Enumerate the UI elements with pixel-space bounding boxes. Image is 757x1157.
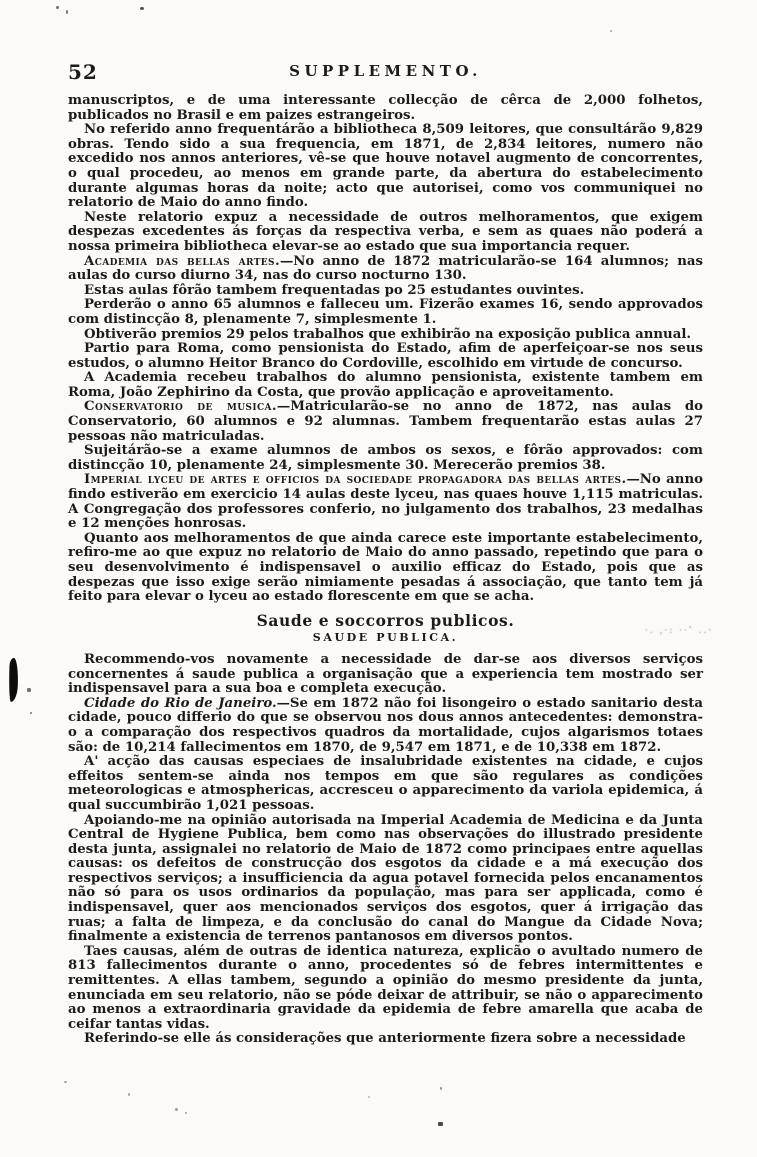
paragraph: No referido anno frequentárão a biblioth… bbox=[68, 123, 703, 211]
paragraph: Sujeitárão-se a exame alumnos de ambos o… bbox=[68, 444, 703, 473]
scan-speck bbox=[66, 10, 68, 14]
paragraph-text: A' acção das causas especiaes de insalub… bbox=[68, 754, 703, 813]
paragraph: Partio para Roma, como pensionista do Es… bbox=[68, 342, 703, 371]
section-heading: Saude e soccorros publicos. bbox=[68, 614, 703, 629]
paragraph: Estas aulas fôrão tambem frequentadas po… bbox=[68, 284, 703, 299]
scan-speck bbox=[438, 1122, 443, 1126]
paragraph: Imperial lyceu de artes e officios da so… bbox=[68, 473, 703, 531]
paragraph: A Academia recebeu trabalhos do alumno p… bbox=[68, 371, 703, 400]
scan-speck bbox=[610, 30, 612, 32]
paragraph-text: Perderão o anno 65 alumnos e falleceu um… bbox=[68, 297, 703, 327]
paragraph-text: A Academia recebeu trabalhos do alumno p… bbox=[68, 370, 703, 400]
paragraph: Quanto aos melhoramentos de que ainda ca… bbox=[68, 532, 703, 605]
paragraph: Recommendo-vos novamente a necessidade d… bbox=[68, 653, 703, 697]
paragraph: Perderão o anno 65 alumnos e falleceu um… bbox=[68, 298, 703, 327]
paragraph-text: Estas aulas fôrão tambem frequentadas po… bbox=[84, 283, 584, 298]
scan-speck bbox=[368, 1096, 370, 1098]
scan-speck bbox=[140, 7, 144, 10]
paragraph-lead: Academia das bellas artes. bbox=[84, 254, 280, 269]
paragraph: Conservatorio de musica.—Matricularão-se… bbox=[68, 400, 703, 444]
scan-speck bbox=[56, 6, 59, 9]
running-title: SUPPLEMENTO. bbox=[68, 62, 703, 80]
page-header: 52 SUPPLEMENTO. bbox=[68, 60, 703, 86]
paragraph-text: Taes causas, além de outras de identica … bbox=[68, 944, 703, 1032]
section-subheading: SAUDE PUBLICA. bbox=[68, 631, 703, 646]
paragraph: Taes causas, além de outras de identica … bbox=[68, 945, 703, 1033]
paragraph: Neste relatorio expuz a necessidade de o… bbox=[68, 211, 703, 255]
paragraph: Cidade do Rio de Janeiro.—Se em 1872 não… bbox=[68, 697, 703, 755]
paragraph-text: Sujeitárão-se a exame alumnos de ambos o… bbox=[68, 443, 703, 473]
scan-speck bbox=[64, 1081, 67, 1083]
scanned-document-page: 52 SUPPLEMENTO. manuscriptos, e de uma i… bbox=[0, 0, 757, 1157]
paragraph: manuscriptos, e de uma interessante coll… bbox=[68, 94, 703, 123]
paragraph-text: Neste relatorio expuz a necessidade de o… bbox=[68, 210, 703, 254]
paragraph-text: Referindo-se elle ás considerações que a… bbox=[84, 1031, 686, 1046]
scan-speck bbox=[185, 1112, 187, 1114]
scan-speck bbox=[128, 1093, 130, 1096]
scan-speck bbox=[175, 1108, 178, 1111]
paragraph-text: Partio para Roma, como pensionista do Es… bbox=[68, 341, 703, 371]
paragraph-text: Quanto aos melhoramentos de que ainda ca… bbox=[68, 531, 703, 604]
scan-speck bbox=[27, 688, 31, 692]
paragraph: Apoiando-me na opinião autorisada na Imp… bbox=[68, 814, 703, 945]
paragraph: Referindo-se elle ás considerações que a… bbox=[68, 1032, 703, 1047]
paragraph-lead: Conservatorio de musica. bbox=[84, 399, 277, 414]
paragraph: Academia das bellas artes.—No anno de 18… bbox=[68, 255, 703, 284]
paragraph: Obtiverão premios 29 pelos trabalhos que… bbox=[68, 328, 703, 343]
paragraph-text: manuscriptos, e de uma interessante coll… bbox=[68, 93, 703, 123]
paragraph-lead: Imperial lyceu de artes e officios da so… bbox=[84, 472, 626, 487]
paragraph-text: Apoiando-me na opinião autorisada na Imp… bbox=[68, 813, 703, 945]
ink-blot-artifact bbox=[8, 658, 19, 702]
paragraph-text: No referido anno frequentárão a biblioth… bbox=[68, 122, 703, 210]
paragraph-text: Obtiverão premios 29 pelos trabalhos que… bbox=[84, 327, 691, 342]
paragraph-text: Recommendo-vos novamente a necessidade d… bbox=[68, 652, 703, 696]
scan-speck bbox=[30, 712, 32, 714]
text-flow: manuscriptos, e de uma interessante coll… bbox=[68, 94, 703, 1047]
paragraph: A' acção das causas especiaes de insalub… bbox=[68, 755, 703, 813]
paragraph-lead: Cidade do Rio de Janeiro. bbox=[84, 696, 277, 711]
scan-speck bbox=[440, 1087, 442, 1090]
